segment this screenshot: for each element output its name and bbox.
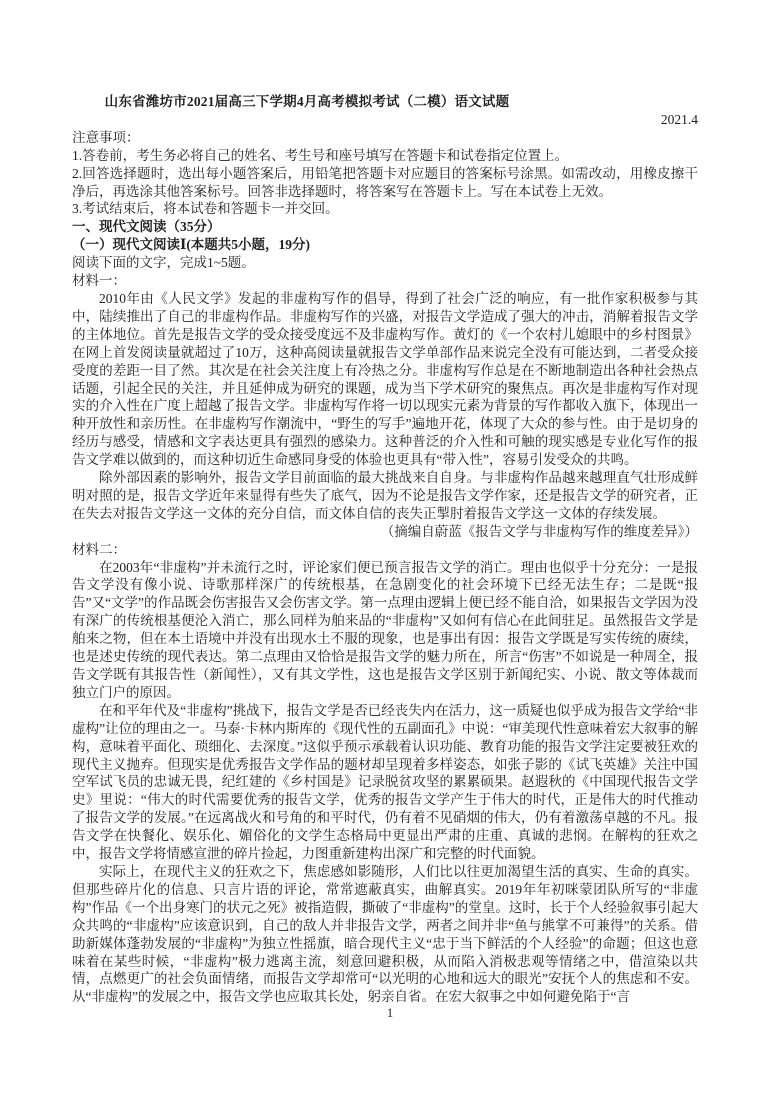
paper-date: 2021.4 [72,111,698,129]
section-heading: 一、现代文阅读（35分） [72,218,698,236]
paper-title: 山东省潍坊市2021届高三下学期4月高考模拟考试（二模）语文试题 [72,93,542,111]
notice-item-3: 3.考试结束后，将本试卷和答题卡一并交回。 [72,200,698,218]
subsection-heading: （一）现代文阅读Ⅰ(本题共5小题，19分) [72,236,698,254]
material-one-paragraph: 2010年由《人民文学》发起的非虚构写作的倡导，得到了社会广泛的响应，有一批作家… [72,290,698,469]
material-two-paragraph: 实际上，在现代主义的狂欢之下，焦虑感如影随形，人们比以往更加渴望生活的真实、生命… [72,863,698,1006]
page-number: 1 [0,1006,780,1021]
material-two-paragraph: 在和平年代及“非虚构”挑战下，报告文学是否已经丧失内在活力，这一质疑也似乎成为报… [72,702,698,863]
page-content: 山东省潍坊市2021届高三下学期4月高考模拟考试（二模）语文试题 2021.4 … [72,93,698,1006]
reading-instruction: 阅读下面的文字，完成1~5题。 [72,254,698,272]
material-one-attribution: （摘编自蔚蓝《报告文学与非虚构写作的维度差异》） [72,523,698,541]
notice-item-1: 1.答卷前，考生务必将自己的姓名、考生号和座号填写在答题卡和试卷指定位置上。 [72,147,698,165]
exam-paper-page: 山东省潍坊市2021届高三下学期4月高考模拟考试（二模）语文试题 2021.4 … [0,0,780,1103]
material-two-paragraph: 在2003年“非虚构”并未流行之时，评论家们便已预言报告文学的消亡。理由也似乎十… [72,559,698,702]
material-one-paragraph: 除外部因素的影响外，报告文学目前面临的最大挑战来自自身。与非虚构作品越来越理直气… [72,469,698,523]
material-one-label: 材料一： [72,272,698,290]
material-two-label: 材料二： [72,541,698,559]
notice-item-2: 2.回答选择题时，选出每小题答案后，用铅笔把答题卡对应题目的答案标号涂黑。如需改… [72,165,698,201]
notice-heading: 注意事项： [72,129,698,147]
